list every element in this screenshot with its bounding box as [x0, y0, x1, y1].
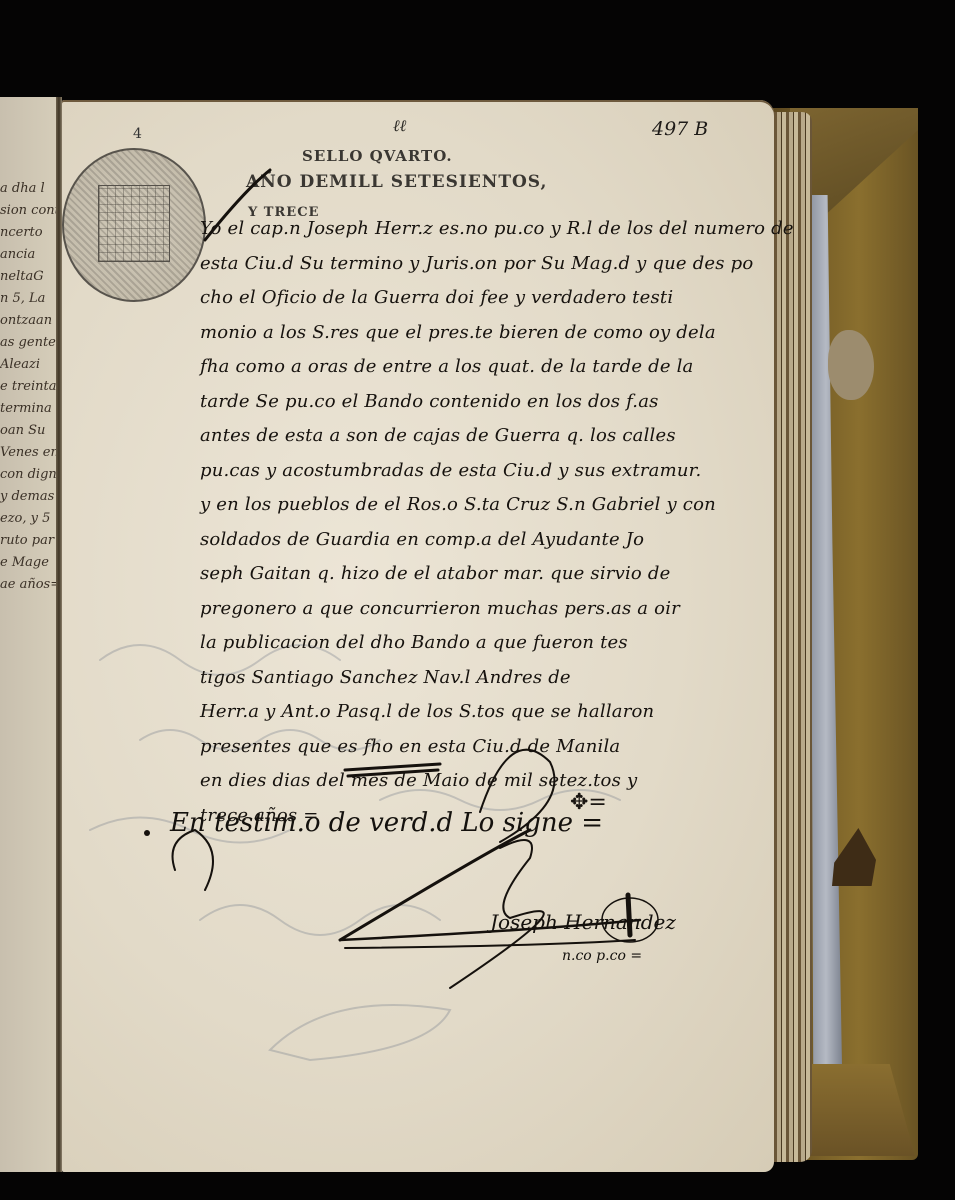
attestation-signature: En testim.o de verd.d Lo signe =	[170, 808, 603, 838]
rubric-flourish-icon: ✥=	[570, 790, 607, 815]
notary-signature: Joseph Hernandez	[490, 910, 676, 934]
notary-title: n.co p.co =	[562, 948, 642, 964]
ink-dot	[144, 830, 150, 836]
signature-flourishes	[0, 0, 955, 1200]
